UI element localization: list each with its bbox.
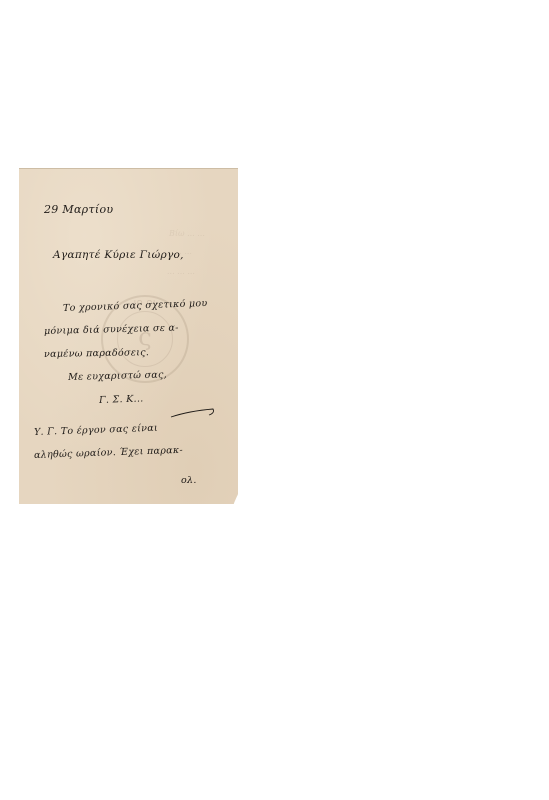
postscript-line: ολ.	[181, 475, 197, 486]
letter-body-line: ναμένω παραδόσεις.	[44, 347, 149, 360]
page-background: Βίω ... ... ... ... ... ... ... ... ΙΟ Ο…	[0, 0, 549, 800]
bleed-through-text: Βίω ... ...	[169, 229, 205, 238]
bleed-through-text: ... ... ...	[167, 267, 195, 276]
postscript-line: αληθώς ωραίον. Έχει παρακ-	[34, 445, 183, 461]
postscript-line: Υ. Γ. Το έργον σας είναι	[34, 423, 158, 438]
letter-paper: Βίω ... ... ... ... ... ... ... ... ΙΟ Ο…	[19, 168, 238, 504]
letter-salutation: Αγαπητέ Κύριε Γιώργο,	[53, 249, 184, 261]
signature-flourish-icon	[169, 405, 217, 419]
letter-date: 29 Μαρτίου	[44, 203, 113, 216]
letter-signature: Γ. Σ. Κ...	[99, 393, 144, 406]
